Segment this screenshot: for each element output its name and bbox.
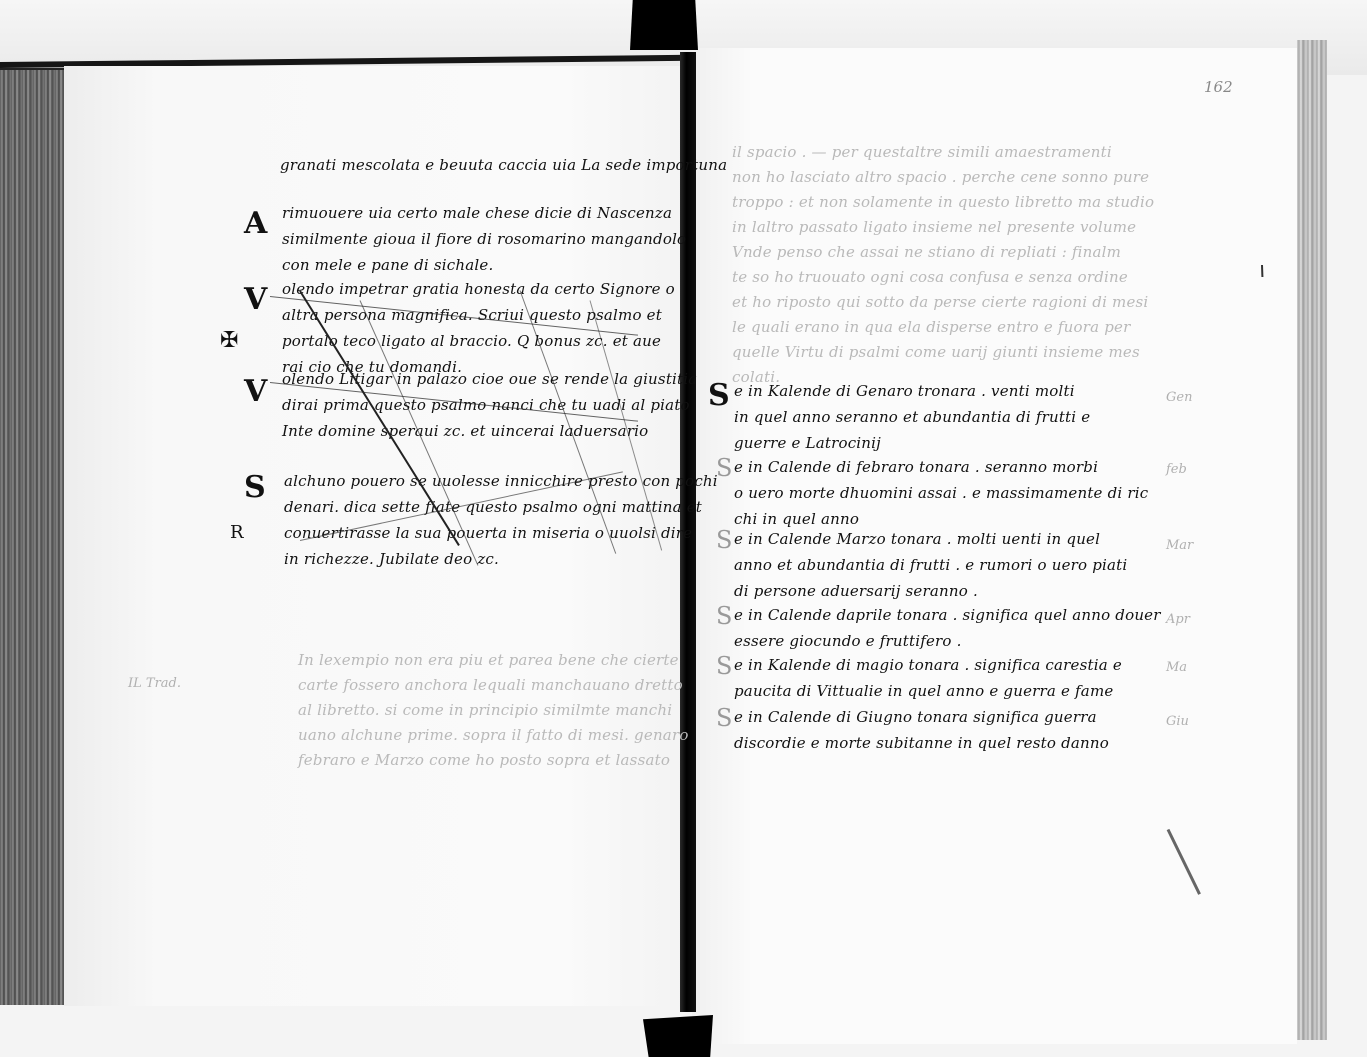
- bookmark-ribbon-top: [630, 0, 698, 50]
- text-line: e in Calende daprile tonara . significa …: [734, 602, 1161, 628]
- text-line: olendo impetrar gratia honesta da certo …: [282, 276, 675, 302]
- faint-note: In lexempio non era piu et parea bene ch…: [298, 648, 689, 773]
- initial-letter: A: [244, 206, 267, 241]
- margin-note: IL Trad.: [128, 676, 181, 691]
- text-line: il spacio . — per questaltre simili amae…: [732, 140, 1154, 165]
- text-line: in richezze. Jubilate deo zc.: [284, 546, 718, 572]
- margin-month: Apr: [1166, 612, 1190, 627]
- initial-letter: S: [716, 602, 732, 630]
- text-line: discordie e morte subitanne in quel rest…: [734, 730, 1109, 756]
- book-page-edges-left: [0, 68, 66, 1005]
- text-line: Inte domine speraui zc. et uincerai ladu…: [282, 418, 697, 444]
- text-line: e in Kalende di magio tonara . significa…: [734, 652, 1122, 678]
- text-line: granati mescolata e beuuta caccia uia La…: [280, 152, 727, 178]
- text-line: troppo : et non solamente in questo libr…: [732, 190, 1154, 215]
- text-line: altra persona magnifica. Scriui questo p…: [282, 302, 675, 328]
- text-line: le quali erano in qua ela disperse entro…: [732, 315, 1154, 340]
- initial-letter: S: [708, 378, 730, 413]
- margin-month: Ma: [1166, 660, 1187, 675]
- text-line: e in Calende di Giugno tonara significa …: [734, 704, 1109, 730]
- entry-february: e in Calende di febraro tonara . seranno…: [734, 454, 1148, 532]
- ink-stroke: [1261, 265, 1263, 277]
- entry-june: e in Calende di Giugno tonara significa …: [734, 704, 1109, 756]
- text-line: di persone aduersarij seranno .: [734, 578, 1127, 604]
- margin-month: Mar: [1166, 538, 1193, 553]
- initial-letter: S: [716, 454, 732, 482]
- text-line: e in Kalende di Genaro tronara . venti m…: [734, 378, 1090, 404]
- text-line: con mele e pane di sichale.: [282, 252, 686, 278]
- entry-january: e in Kalende di Genaro tronara . venti m…: [734, 378, 1090, 456]
- text-line: in quel anno seranno et abundantia di fr…: [734, 404, 1090, 430]
- initial-letter: V: [244, 282, 267, 317]
- text-line: te so ho truouato ogni cosa confusa e se…: [732, 265, 1154, 290]
- text-line: febraro e Marzo come ho posto sopra et l…: [298, 748, 689, 773]
- text-line: paucita di Vittualie in quel anno e guer…: [734, 678, 1122, 704]
- book-page-edges-right: [1297, 40, 1327, 1040]
- text-line: al libretto. si come in principio similm…: [298, 698, 689, 723]
- r-mark-icon: R: [230, 522, 244, 543]
- paragraph-1: rimuouere uia certo male chese dicie di …: [282, 200, 686, 278]
- cross-mark-icon: ✠: [220, 328, 238, 353]
- entry-april: e in Calende daprile tonara . significa …: [734, 602, 1161, 654]
- folio-number: 162: [1204, 78, 1233, 96]
- text-line: Vnde penso che assai ne stiano di replia…: [732, 240, 1154, 265]
- text-line: carte fossero anchora lequali manchauano…: [298, 673, 689, 698]
- initial-letter: V: [244, 374, 267, 409]
- text-line: quelle Virtu di psalmi come uarij giunti…: [732, 340, 1154, 365]
- text-line: alchuno pouero se uuolesse innicchire pr…: [284, 468, 718, 494]
- text-line: olendo Litigar in palazo cioe oue se ren…: [282, 366, 697, 392]
- text-line: e in Calende di febraro tonara . seranno…: [734, 454, 1148, 480]
- text-line: o uero morte dhuomini assai . e massimam…: [734, 480, 1148, 506]
- text-line: essere giocundo e fruttifero .: [734, 628, 1161, 654]
- text-line: in laltro passato ligato insieme nel pre…: [732, 215, 1154, 240]
- initial-letter: S: [716, 704, 732, 732]
- margin-month: Gen: [1166, 390, 1192, 405]
- initial-letter: S: [716, 526, 732, 554]
- entry-march: e in Calende Marzo tonara . molti uenti …: [734, 526, 1127, 604]
- left-opening-line: granati mescolata e beuuta caccia uia La…: [280, 152, 727, 178]
- text-line: anno et abundantia di frutti . e rumori …: [734, 552, 1127, 578]
- text-line: non ho lasciato altro spacio . perche ce…: [732, 165, 1154, 190]
- text-line: et ho riposto qui sotto da perse cierte …: [732, 290, 1154, 315]
- initial-letter: S: [716, 652, 732, 680]
- margin-month: Giu: [1166, 714, 1189, 729]
- entry-may: e in Kalende di magio tonara . significa…: [734, 652, 1122, 704]
- text-line: rimuouere uia certo male chese dicie di …: [282, 200, 686, 226]
- initial-letter: S: [244, 470, 266, 505]
- paragraph-2: olendo impetrar gratia honesta da certo …: [282, 276, 675, 380]
- text-line: In lexempio non era piu et parea bene ch…: [298, 648, 689, 673]
- margin-month: feb: [1166, 462, 1187, 477]
- faint-intro: il spacio . — per questaltre simili amae…: [732, 140, 1154, 390]
- text-line: e in Calende Marzo tonara . molti uenti …: [734, 526, 1127, 552]
- text-line: similmente gioua il fiore di rosomarino …: [282, 226, 686, 252]
- text-line: uano alchune prime. sopra il fatto di me…: [298, 723, 689, 748]
- text-line: guerre e Latrocinij: [734, 430, 1090, 456]
- bookmark-ribbon-bottom: [643, 1015, 713, 1057]
